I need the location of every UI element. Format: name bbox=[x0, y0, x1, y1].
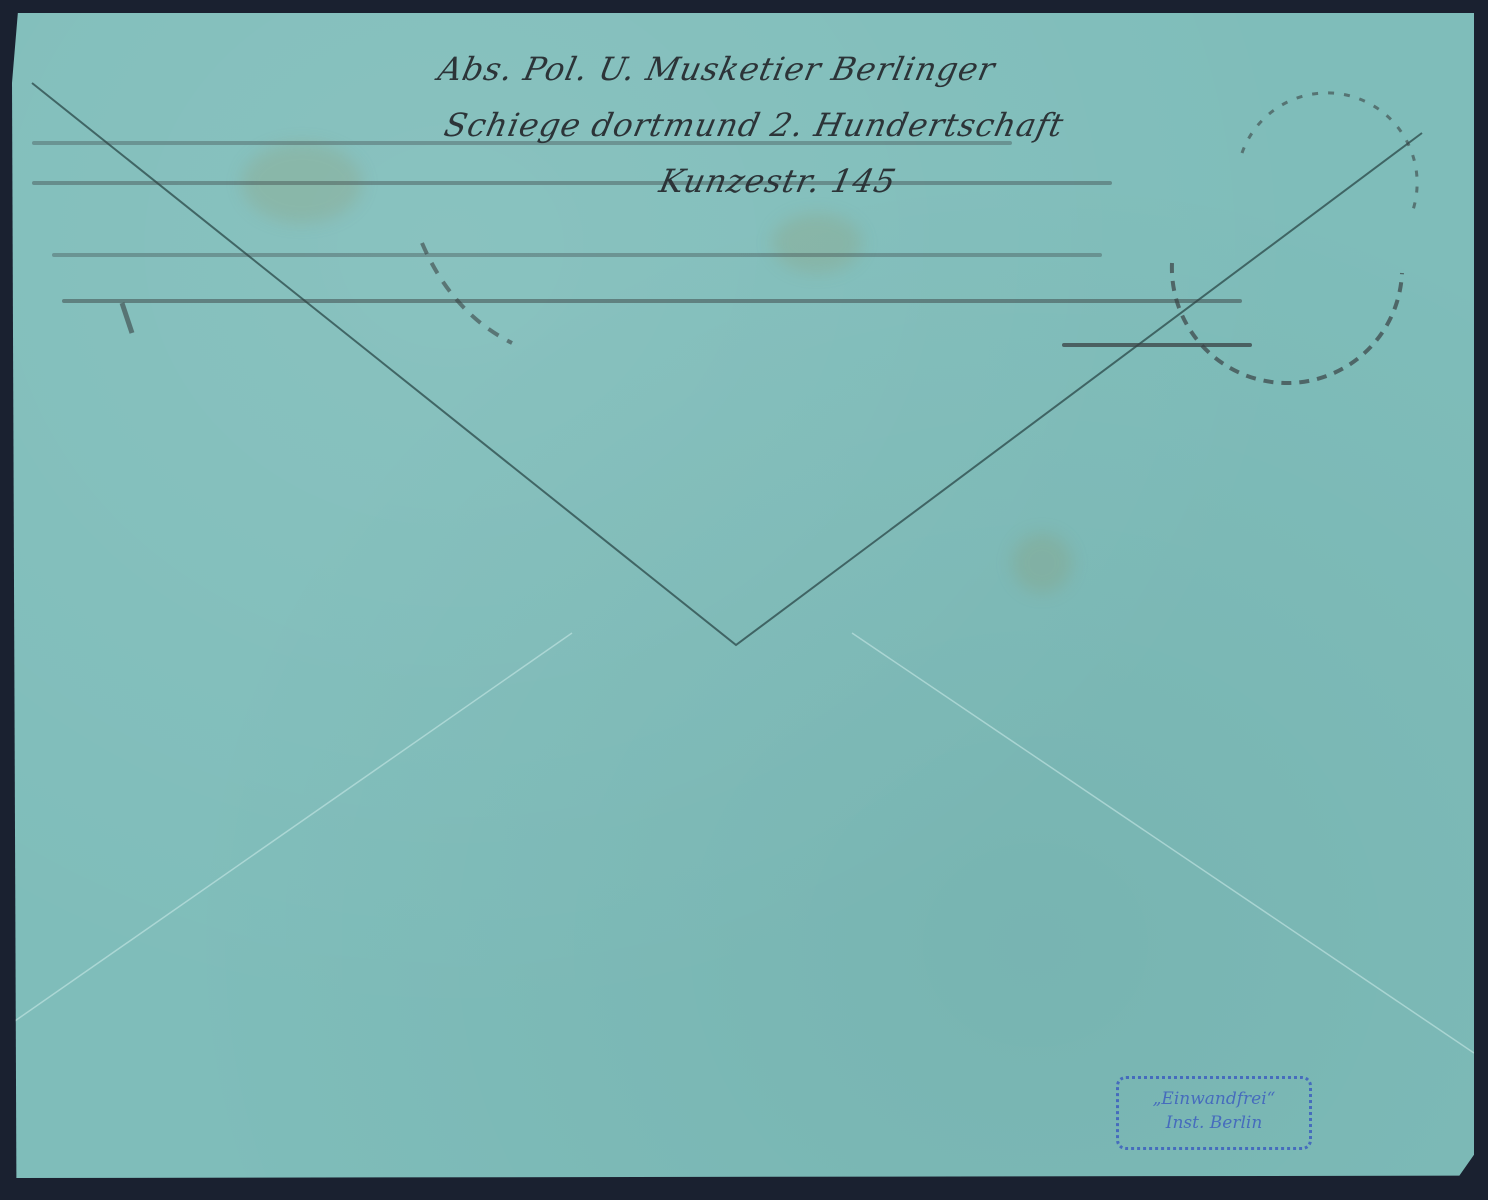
sender-line-2: Schiege dortmund 2. Hundertschaft bbox=[421, 97, 1073, 153]
sender-address: Abs. Pol. U. Musketier Berlinger Schiege… bbox=[409, 41, 1085, 209]
sender-line-3: Kunzestr. 145 bbox=[409, 153, 1061, 209]
sender-line-1: Abs. Pol. U. Musketier Berlinger bbox=[433, 41, 1085, 97]
cachet-line-2: Inst. Berlin bbox=[1119, 1111, 1309, 1135]
cachet-line-1: „Einwandfrei“ bbox=[1119, 1087, 1309, 1111]
envelope-back: Abs. Pol. U. Musketier Berlinger Schiege… bbox=[12, 13, 1474, 1178]
cachet-stamp: „Einwandfrei“ Inst. Berlin bbox=[1116, 1076, 1312, 1150]
